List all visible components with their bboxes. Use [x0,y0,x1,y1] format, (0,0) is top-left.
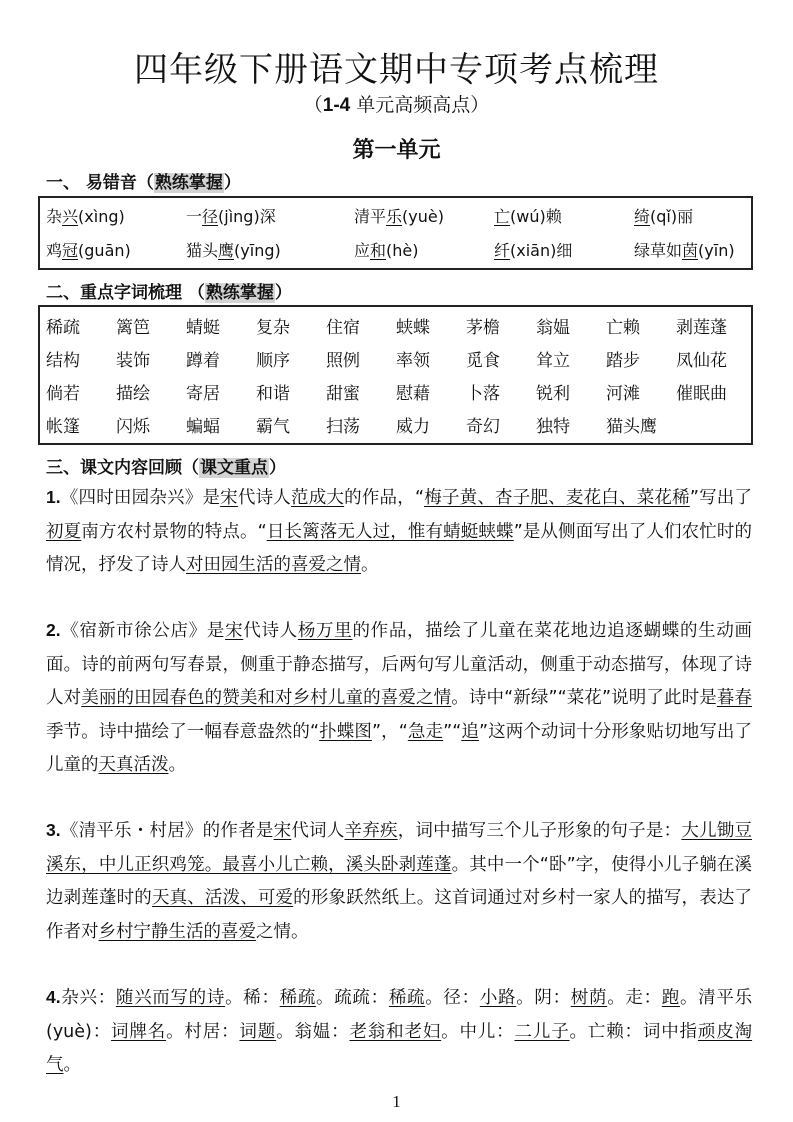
vocab-word: 帐篷 [46,412,80,437]
vocab-word: 翁媪 [536,313,570,338]
review-paragraph-4: 4.杂兴：随兴而写的诗。稀：稀疏。疏疏：稀疏。径：小路。阴：树荫。走：跑。清平乐… [46,981,752,1083]
vocab-word: 觅食 [466,346,500,371]
subtitle-text: 单元高频高点） [350,94,489,116]
vocab-word: 结构 [46,346,80,371]
vocab-word: 甜蜜 [326,379,360,404]
heading-text: 三、课文内容回顾（ [46,458,199,478]
section-heading-pronunciation: 一、 易错音（熟练掌握） [46,168,241,193]
vocab-word: 亡赖 [606,313,640,338]
pron-item: 猫头鹰(yīng) [186,238,281,261]
vocab-word: 猫头鹰 [606,412,657,437]
vocab-word: 装饰 [116,346,150,371]
vocab-word: 闪烁 [116,412,150,437]
pron-item: 一径(jìng)深 [186,204,276,227]
document-title: 四年级下册语文期中专项考点梳理 [0,42,793,91]
vocab-word: 茅檐 [466,313,500,338]
vocab-word: 威力 [396,412,430,437]
pron-item: 鸡冠(guān) [46,238,131,261]
heading-text: 二、重点字词梳理 （ [46,283,205,303]
section-heading-review: 三、课文内容回顾（课文重点） [46,453,286,478]
vocab-word: 照例 [326,346,360,371]
pron-item: 清平乐(yuè) [354,204,444,227]
pron-item: 绮(qǐ)丽 [634,204,693,227]
vocabulary-box: 稀疏篱笆蜻蜓复杂住宿蛱蝶茅檐翁媪亡赖剥莲蓬结构装饰蹲着顺序照例率领觅食耸立踏步凤… [38,305,753,445]
pron-item: 纤(xiān)细 [494,238,572,261]
vocab-word: 催眠曲 [676,379,727,404]
unit-title: 第一单元 [0,133,793,164]
vocab-word: 卜落 [466,379,500,404]
heading-paren: ） [269,458,286,478]
highlight-tag: 熟练掌握 [205,283,275,303]
vocab-word: 蛱蝶 [396,313,430,338]
vocab-word: 蝙蝠 [186,412,220,437]
vocab-word: 蜻蜓 [186,313,220,338]
pron-item: 杂兴(xìng) [46,204,125,227]
vocab-word: 稀疏 [46,313,80,338]
pron-item: 绿草如茵(yīn) [634,238,735,261]
vocab-word: 篱笆 [116,313,150,338]
highlight-tag: 课文重点 [199,458,269,478]
review-paragraph-3: 3.《清平乐・村居》的作者是宋代词人辛弃疾，词中描写三个儿子形象的句子是：大儿锄… [46,814,752,949]
highlight-tag: 熟练掌握 [154,173,224,193]
heading-paren: ） [224,173,241,193]
vocab-word: 慰藉 [396,379,430,404]
section-heading-vocabulary: 二、重点字词梳理 （熟练掌握） [46,278,292,303]
vocab-word: 描绘 [116,379,150,404]
vocab-word: 住宿 [326,313,360,338]
vocab-word: 耸立 [536,346,570,371]
subtitle-range: 1-4 [323,95,350,116]
pron-item: 应和(hè) [354,238,419,261]
vocab-word: 奇幻 [466,412,500,437]
vocab-word: 河滩 [606,379,640,404]
document-subtitle: （1-4 单元高频高点） [0,90,793,117]
vocab-word: 寄居 [186,379,220,404]
review-paragraph-1: 1.《四时田园杂兴》是宋代诗人范成大的作品，“梅子黄、杏子肥、麦花白、菜花稀”写… [46,481,752,583]
vocab-word: 凤仙花 [676,346,727,371]
vocab-word: 霸气 [256,412,290,437]
review-paragraph-2: 2.《宿新市徐公店》是宋代诗人杨万里的作品，描绘了儿童在菜花地边追逐蝴蝶的生动画… [46,614,752,783]
heading-text: 一、 易错音（ [46,173,154,193]
page-number: 1 [0,1092,793,1112]
heading-paren: ） [275,283,292,303]
vocab-word: 和谐 [256,379,290,404]
vocab-word: 复杂 [256,313,290,338]
vocab-word: 蹲着 [186,346,220,371]
pron-item: 亡(wú)赖 [494,204,562,227]
vocab-word: 剥莲蓬 [676,313,727,338]
pronunciation-box: 杂兴(xìng) 一径(jìng)深 清平乐(yuè) 亡(wú)赖 绮(qǐ)… [38,196,753,270]
vocab-word: 踏步 [606,346,640,371]
vocab-word: 顺序 [256,346,290,371]
vocab-word: 独特 [536,412,570,437]
vocab-word: 锐利 [536,379,570,404]
vocab-word: 倘若 [46,379,80,404]
vocab-word: 扫荡 [326,412,360,437]
vocab-word: 率领 [396,346,430,371]
subtitle-paren: （ [304,94,323,116]
